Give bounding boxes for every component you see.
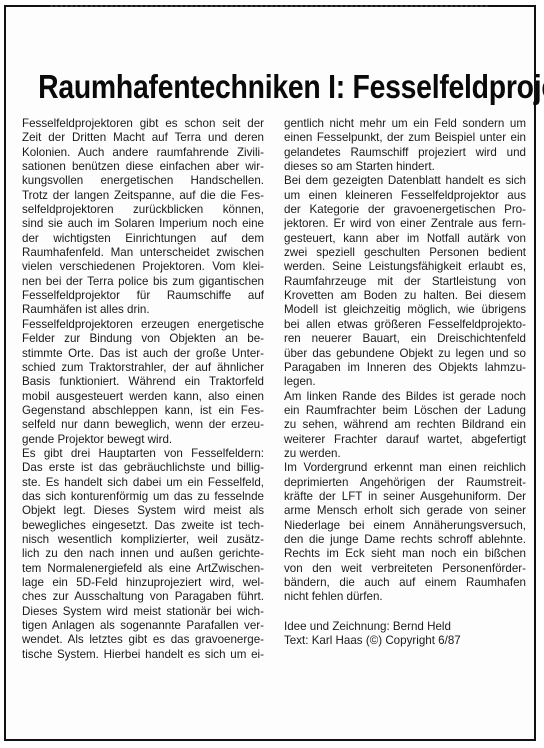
text-line: gende Projektor bewegt wird. bbox=[22, 433, 264, 447]
text-line: werden. Seine Leistungsfähigkeit erlaubt… bbox=[284, 260, 526, 274]
text-line: Basis funktioniert. Während ein Traktorf… bbox=[22, 375, 264, 389]
right-text-column: gentlich nicht mehr um ein Feld sondern … bbox=[284, 117, 526, 605]
text-line: ches zur Ausschaltung von Paragaben führ… bbox=[22, 590, 264, 604]
text-line: lich zu den nach innen und außen gericht… bbox=[22, 547, 264, 561]
text-line: Krovetten am Boden zu halten. Bei diesem bbox=[284, 289, 526, 303]
text-line: selfeldprojektoren zurückblicken können, bbox=[22, 203, 264, 217]
text-line: der wichtigsten Einrichtungen auf dem bbox=[22, 232, 264, 246]
text-line: Raumfahrzeuge mit der Startleistung von bbox=[284, 275, 526, 289]
text-line: Dieses System wird meist stationär bei w… bbox=[22, 605, 264, 619]
text-line: der Kategorie der gravoenergetischen Pro… bbox=[284, 203, 526, 217]
text-line: Raumhafenfeld. Man unterscheidet zwische… bbox=[22, 246, 264, 260]
text-line: weiterer Frachter darauf wartet, abgefer… bbox=[284, 433, 526, 447]
text-line: kräfte der LFT in seiner Ausgehuniform. … bbox=[284, 490, 526, 504]
text-line: über das gebundene Objekt zu legen und s… bbox=[284, 347, 526, 361]
text-line: Rechts im Eck sieht man noch ein bißchen bbox=[284, 547, 526, 561]
text-line: Felder zur Bindung von Objekten an be- bbox=[22, 332, 264, 346]
text-line: Modell ist gleichzeitig möglich, wie übr… bbox=[284, 303, 526, 317]
text-line: Gegenstand abschleppen kann, ist ein Fes… bbox=[22, 404, 264, 418]
text-line: legen. bbox=[284, 375, 526, 389]
text-line: Am linken Rande des Bildes ist gerade no… bbox=[284, 390, 526, 404]
text-line: Das erste ist das gebräuchlichste und bi… bbox=[22, 461, 264, 475]
text-line: gelandetes Raumschiff projeziert wird un… bbox=[284, 146, 526, 160]
text-line: Fesselfeldprojektor für Raumschiffe auf bbox=[22, 289, 264, 303]
text-line: Zeit der Dritten Macht auf Terra und der… bbox=[22, 131, 264, 145]
text-line: lage ein 5D-Feld hinzuprojeziert wird, w… bbox=[22, 576, 264, 590]
text-line: Trotz der langen Zeitspanne, auf die die… bbox=[22, 189, 264, 203]
text-line: sind sie auch im Solaren Imperium noch e… bbox=[22, 217, 264, 231]
text-line: ren neuerer Bauart, ein Dreischichtenfel… bbox=[284, 332, 526, 346]
text-line: arme Mensch erholt sich gerade von seine… bbox=[284, 504, 526, 518]
text-line: Niederlage bei einem Annäherungsversuch, bbox=[284, 519, 526, 533]
text-line: Objekt legt. Dieses System wird meist al… bbox=[22, 504, 264, 518]
text-line: deprimierten Angehörigen der Raumstreit- bbox=[284, 476, 526, 490]
text-line: tische System. Hierbei handelt es sich u… bbox=[22, 648, 264, 662]
left-text-column: Fesselfeldprojektoren gibt es schon seit… bbox=[22, 117, 264, 662]
text-line: Fesselfeldprojektoren gibt es schon seit… bbox=[22, 117, 264, 131]
text-line: sationen benützen diese einfachen aber w… bbox=[22, 160, 264, 174]
credit-idea-drawing: Idee und Zeichnung: Bernd Held bbox=[284, 620, 526, 634]
text-line: mobil ausgesteuert werden kann, also ein… bbox=[22, 390, 264, 404]
credit-text-copyright: Text: Karl Haas (©) Copyright 6/87 bbox=[284, 634, 526, 648]
credits-block: Idee und Zeichnung: Bernd Held Text: Kar… bbox=[284, 620, 526, 649]
text-line: ste. Es handelt sich dabei um ein Fessel… bbox=[22, 476, 264, 490]
text-line: einen Fesselpunkt, der zum Beispiel unte… bbox=[284, 131, 526, 145]
text-line: bei allen etwas größeren Fesselfeldproje… bbox=[284, 318, 526, 332]
text-line: Paragaben im Inneren des Objekts lahmzu- bbox=[284, 361, 526, 375]
text-line: bewegliches eingesetzt. Das zweite ist t… bbox=[22, 519, 264, 533]
text-line: zwei speziell geschulten Personen bedien… bbox=[284, 246, 526, 260]
text-line: gentlich nicht mehr um ein Feld sondern … bbox=[284, 117, 526, 131]
text-line: stimmte Orte. Das ist auch der große Unt… bbox=[22, 347, 264, 361]
text-line: Im Vordergrund erkennt man einen reichli… bbox=[284, 461, 526, 475]
text-line: nen bei der Terra police bis zum giganti… bbox=[22, 275, 264, 289]
text-line: den die junge Dame rechts schroff ablehn… bbox=[284, 533, 526, 547]
text-line: wendet. Als letztes gibt es das gravoene… bbox=[22, 633, 264, 647]
article-title: Raumhafentechniken I: Fesselfeldprojekto… bbox=[38, 68, 506, 106]
text-line: Fesselfeldprojektoren erzeugen energetis… bbox=[22, 318, 264, 332]
top-edge-artifact bbox=[50, 5, 490, 7]
text-line: kungsvollen energetischen Handschellen. bbox=[22, 174, 264, 188]
text-line: das sich konturenförmig um das zu fessel… bbox=[22, 490, 264, 504]
text-line: zu werden. bbox=[284, 447, 526, 461]
text-line: tem Normalenergiefeld als eine ArtZwisch… bbox=[22, 562, 264, 576]
text-line: jektoren. Er wird von einer Zentrale aus… bbox=[284, 217, 526, 231]
text-line: Kolonien. Auch andere raumfahrende Zivil… bbox=[22, 146, 264, 160]
text-line: dieses so am Starten hindert. bbox=[284, 160, 526, 174]
text-line: zu sehen, während am rechten Bildrand ei… bbox=[284, 418, 526, 432]
text-line: Es gibt drei Hauptarten von Fesselfelder… bbox=[22, 447, 264, 461]
text-line: nicht fehlen dürfen. bbox=[284, 590, 526, 604]
text-line: Bei dem gezeigten Datenblatt handelt es … bbox=[284, 174, 526, 188]
text-line: nisch wesentlich komplizierter, weil zus… bbox=[22, 533, 264, 547]
text-line: selfeld nur dann beweglich, wenn der erz… bbox=[22, 418, 264, 432]
text-line: von den weit verbreiteten Personenförder… bbox=[284, 562, 526, 576]
text-line: bändern, die auch auf einem Raumhafen bbox=[284, 576, 526, 590]
text-line: tigen Anlagen als sogenannte Parafallen … bbox=[22, 619, 264, 633]
text-line: vielen verschiedenen Projektoren. Vom kl… bbox=[22, 260, 264, 274]
text-line: um einen kleineren Fesselfeldprojektor a… bbox=[284, 189, 526, 203]
text-line: ein Raumfrachter beim Löschen der Ladung bbox=[284, 404, 526, 418]
text-line: schied zum Traktorstrahler, der auf ähnl… bbox=[22, 361, 264, 375]
text-line: Raumhäfen ist alles drin. bbox=[22, 303, 264, 317]
text-line: gesteuert, kann aber im Notfall autärk v… bbox=[284, 232, 526, 246]
